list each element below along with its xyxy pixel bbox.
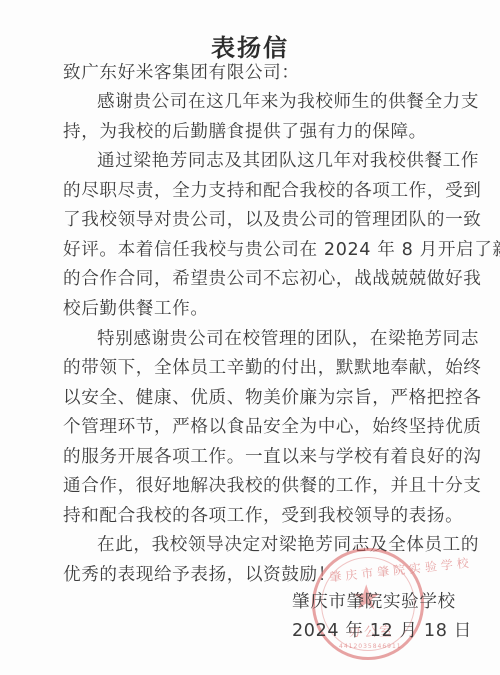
letter-title: 表扬信 — [0, 28, 500, 63]
paragraph-4-line-2: 优秀的表现给予表扬，以资鼓励！ — [63, 564, 336, 586]
paragraph-4-line-1: 在此，我校领导决定对梁艳芳同志及全体员工的 — [97, 534, 479, 556]
paragraph-1-line-2: 持，为我校的后勤膳食提供了强有力的保障。 — [63, 121, 427, 143]
paragraph-3-line-2: 的带领下，全体员工辛勤的付出，默默地奉献，始终 — [63, 357, 481, 379]
signature-date: 2024 年 12 月 18 日 — [292, 620, 472, 642]
paragraph-3-line-6: 通合作，很好地解决我校的供餐的工作，并且十分支 — [63, 475, 481, 497]
paragraph-1-line-1: 感谢贵公司在这几年来为我校师生的供餐全力支 — [97, 91, 479, 113]
paragraph-2-line-5: 的合作合同，希望贵公司不忘初心，战战兢兢做好我 — [63, 268, 481, 290]
paragraph-2-line-6: 校后勤供餐工作。 — [63, 298, 209, 320]
paragraph-3-line-1: 特别感谢贵公司在校管理的团队，在梁艳芳同志 — [97, 328, 479, 350]
signature-organization: 肇庆市肇院实验学校 — [292, 591, 456, 613]
seal-organization-text: 肇庆市肇院实验学校 — [329, 554, 474, 586]
paragraph-3-line-5: 的服务开展各项工作。一直以来与学校有着良好的沟 — [63, 446, 481, 468]
paragraph-2-line-2: 的尽职尽责，全力支持和配合我校的各项工作，受到 — [63, 180, 481, 202]
paragraph-2-line-1: 通过梁艳芳同志及其团队这几年对我校供餐工作 — [97, 150, 479, 172]
paragraph-3-line-3: 以安全、健康、优质、物美价廉为宗旨，严格把控各 — [63, 387, 481, 409]
seal-code-text: 4412035846911 — [339, 643, 402, 650]
paragraph-3-line-4: 个管理环节，严格以食品安全为中心，始终坚持优质 — [63, 416, 481, 438]
paragraph-2-line-4: 好评。本着信任我校与贵公司在 2024 年 8 月开启了新 — [63, 239, 500, 261]
paragraph-3-line-7: 持和配合我校的各项工作，受到我校领导的表扬。 — [63, 505, 463, 527]
salutation: 致广东好米客集团有限公司： — [63, 62, 300, 84]
letter-page: 表扬信 致广东好米客集团有限公司： 感谢贵公司在这几年来为我校师生的供餐全力支 … — [0, 0, 500, 675]
paragraph-2-line-3: 了我校领导对贵公司，以及贵公司的管理团队的一致 — [63, 209, 481, 231]
